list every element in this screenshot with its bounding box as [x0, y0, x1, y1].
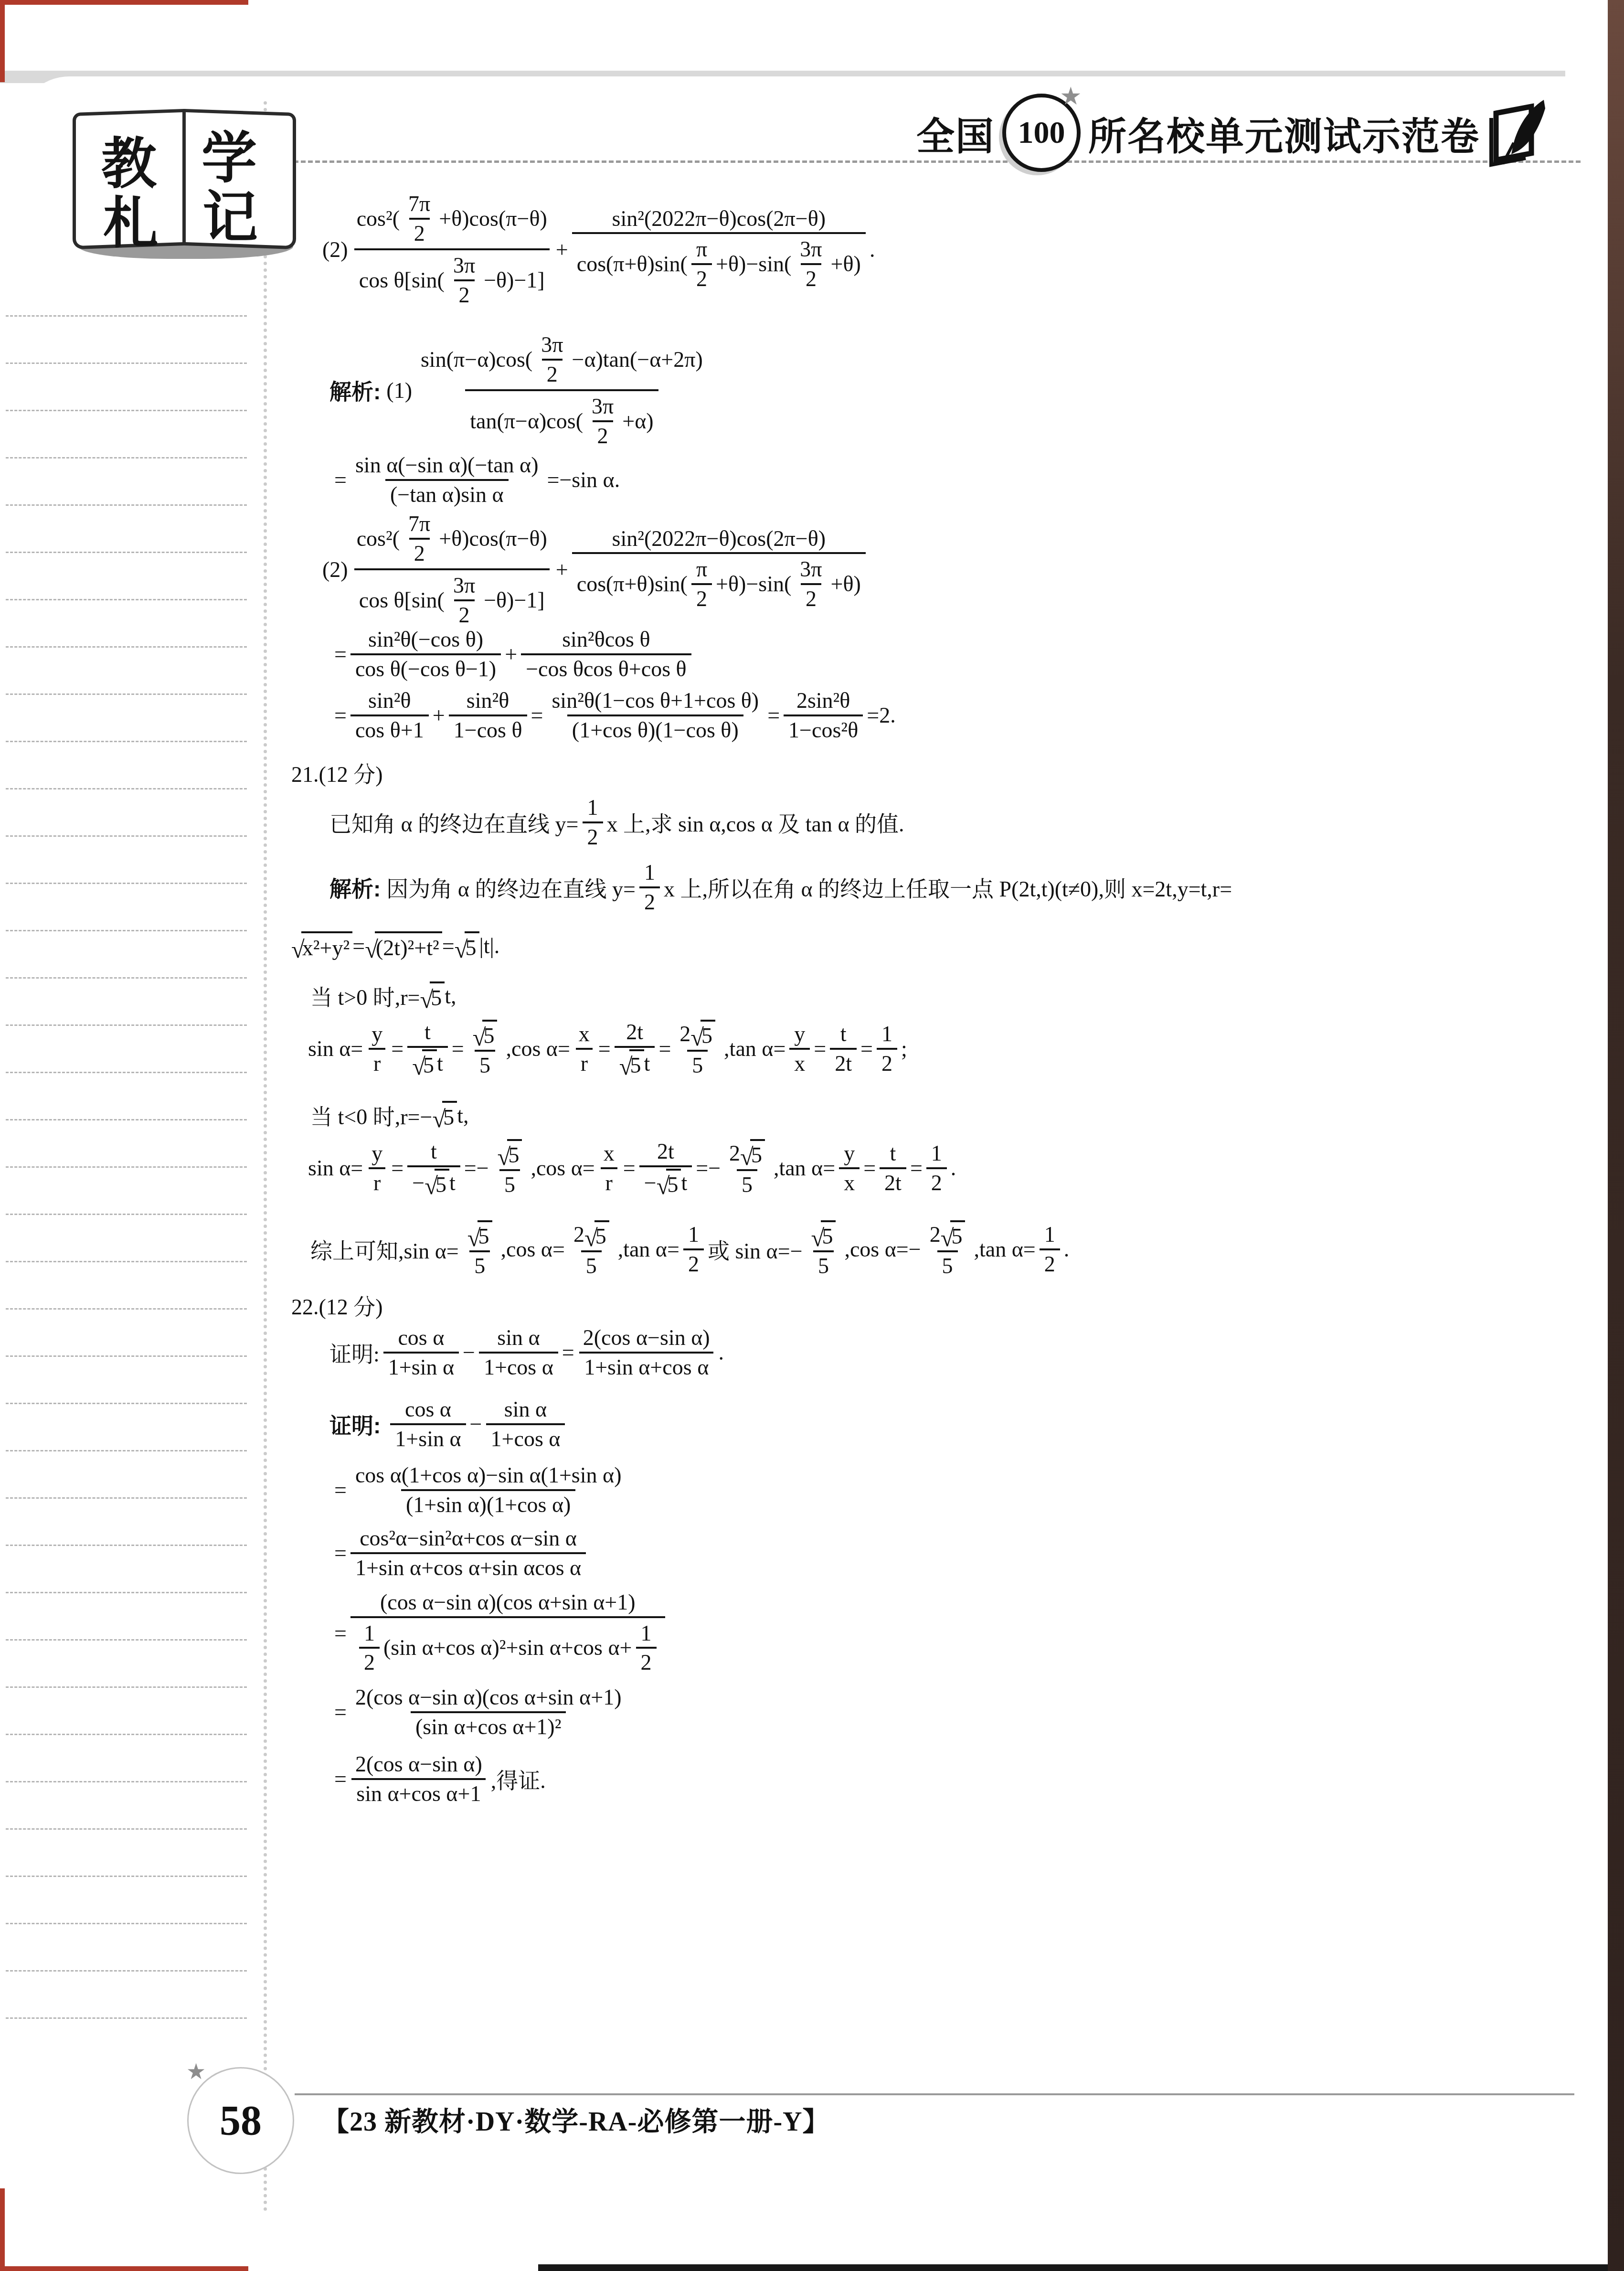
- math-text: sin²θ(−cos θ): [368, 627, 483, 652]
- fraction: sin(π−α)cos(3π2−α)tan(−α+2π)tan(π−α)cos(…: [416, 330, 708, 451]
- math-text: =: [352, 933, 365, 959]
- math-text: 1: [931, 1141, 942, 1166]
- note-rule-line: [6, 1450, 247, 1451]
- solution-21-case1-values: sin α=yr=t√5t=√55,cos α=xr=2t√5t=2√55,ta…: [308, 1018, 907, 1079]
- fraction: sin²(2022π−θ)cos(2π−θ)cos(π+θ)sin(π2+θ)−…: [572, 525, 866, 614]
- math-text: sin α: [504, 1397, 547, 1422]
- math-text: t: [449, 1171, 456, 1195]
- math-text: −: [463, 1340, 475, 1365]
- note-rule-line: [6, 788, 247, 789]
- badge-100: 100 ★: [1002, 94, 1081, 172]
- note-rule-line: [6, 1497, 247, 1499]
- math-text: 2: [696, 267, 707, 291]
- math-text: 当 t<0 时,r=−: [310, 1099, 432, 1131]
- book-edge-bottom: [538, 2264, 1608, 2271]
- fraction: 12: [1040, 1221, 1060, 1278]
- math-text: 5: [479, 1053, 490, 1078]
- fraction: √55: [463, 1219, 497, 1279]
- math-text: 2: [806, 586, 817, 611]
- solution-21-conclusion: 综上可知,sin α=√55,cos α=2√55,tan α=12或 sin …: [310, 1219, 1069, 1279]
- fraction: 2√55: [675, 1018, 720, 1079]
- sqrt-radical: √5: [467, 1220, 492, 1249]
- teaching-notes-logo: 教 学 札 记: [72, 106, 296, 249]
- fraction: 2√55: [925, 1219, 970, 1279]
- fraction: yr: [367, 1020, 387, 1077]
- solution-21-line2: √x²+y²=√(2t)²+t²=√5|t|.: [291, 931, 499, 960]
- math-text: cos θ[sin(: [359, 588, 445, 613]
- math-text: 3π: [800, 237, 822, 262]
- solution-21-case2: 当 t<0 时,r=−√5t,: [310, 1099, 469, 1131]
- math-text: 因为角 α 的终边在直线 y=: [386, 872, 636, 903]
- math-text: x 上,求 sin α,cos α 及 tan α 的值.: [607, 807, 904, 838]
- math-text: 5: [742, 1173, 753, 1197]
- sqrt-radical: √5: [455, 931, 479, 960]
- math-text: +α): [622, 409, 653, 434]
- solution-21-case2-values: sin α=yr=t−√5t=−√55,cos α=xr=2t−√5t=−2√5…: [308, 1138, 956, 1198]
- note-rule-line: [6, 1072, 247, 1073]
- math-text: cos θ+1: [355, 718, 424, 743]
- math-text: 1+sin α: [388, 1355, 454, 1380]
- fraction: 2(cos α−sin α)(cos α+sin α+1)(sin α+cos …: [350, 1684, 626, 1740]
- math-text: +: [556, 557, 568, 582]
- math-text: 1: [644, 860, 655, 885]
- math-text: 7π: [408, 512, 430, 536]
- math-text: t: [890, 1141, 896, 1166]
- solution-20-part2-restate: (2)cos²(7π2+θ)cos(π−θ)cos θ[sin(3π2−θ)−1…: [322, 509, 870, 630]
- math-text: 3π: [541, 332, 563, 357]
- math-text: 1+cos α: [484, 1355, 553, 1380]
- math-text: 1: [587, 795, 598, 820]
- math-text: t,: [457, 1103, 468, 1128]
- problem-22-statement: 证明:cos α1+sin α−sin α1+cos α=2(cos α−sin…: [329, 1324, 724, 1381]
- fraction: 3π2: [448, 572, 480, 629]
- solution-21-case1: 当 t>0 时,r=√5t,: [310, 980, 456, 1012]
- math-text: ,cos α=: [531, 1155, 594, 1181]
- math-text: 2: [806, 267, 817, 291]
- math-text: r: [373, 1051, 381, 1076]
- fraction: 12: [583, 794, 603, 851]
- math-text: 2: [1044, 1252, 1055, 1277]
- math-text: =: [334, 641, 347, 667]
- page-star-icon: ★: [186, 2058, 206, 2084]
- math-text: =: [910, 1155, 923, 1181]
- math-text: −θ)−1]: [484, 588, 545, 613]
- math-text: 21.(12 分): [291, 757, 383, 789]
- math-text: 3π: [453, 573, 475, 598]
- margin-divider-dotted-line: [264, 101, 267, 2212]
- fraction: 12: [359, 1620, 380, 1676]
- math-text: 2: [547, 362, 558, 387]
- math-text: (1): [386, 378, 412, 403]
- note-rule-line: [6, 1781, 247, 1782]
- quill-logo-icon: [1487, 97, 1552, 169]
- math-text: +θ)cos(π−θ): [439, 526, 547, 551]
- math-text: =: [623, 1155, 636, 1181]
- math-text: +: [505, 641, 517, 667]
- math-text: +θ)−sin(: [716, 252, 791, 277]
- fraction: sin²θcos θ−cos θcos θ+cos θ: [521, 626, 691, 682]
- math-text: =: [658, 1036, 671, 1061]
- fraction: sin α(−sin α)(−tan α)(−tan α)sin α: [350, 451, 543, 508]
- fraction: 3π2: [587, 393, 618, 449]
- fraction: cos²α−sin²α+cos α−sin α1+sin α+cos α+sin…: [350, 1525, 586, 1581]
- problem-21-number: 21.(12 分): [291, 757, 383, 789]
- footer-rule: [295, 2093, 1574, 2095]
- math-text: 2t: [835, 1051, 852, 1076]
- math-text: −α)tan(−α+2π): [572, 347, 702, 372]
- math-text: +θ)cos(π−θ): [439, 206, 547, 231]
- math-text: =−: [464, 1155, 489, 1181]
- math-text: x: [604, 1141, 615, 1166]
- math-text: .: [870, 237, 875, 262]
- math-text: 3π: [453, 253, 475, 278]
- math-text: 或 sin α=−: [708, 1234, 803, 1265]
- solution-22-line5: =2(cos α−sin α)(cos α+sin α+1)(sin α+cos…: [334, 1684, 630, 1740]
- sqrt-radical: √5: [425, 1169, 449, 1197]
- math-text: y: [372, 1022, 382, 1046]
- bold-label: 解析:: [329, 374, 381, 406]
- note-rule-line: [6, 599, 247, 600]
- solution-22-line4: =(cos α−sin α)(cos α+sin α+1)12(sin α+co…: [334, 1589, 669, 1678]
- fraction: cos α(1+cos α)−sin α(1+sin α)(1+sin α)(1…: [350, 1461, 626, 1518]
- fraction: 3π2: [448, 252, 480, 309]
- fraction: t2t: [880, 1140, 906, 1196]
- solution-20-part1: 解析:(1)sin(π−α)cos(3π2−α)tan(−α+2π)tan(π−…: [329, 330, 711, 451]
- sqrt-radical: √5: [420, 981, 445, 1011]
- math-text: 5: [474, 1254, 485, 1279]
- math-text: =: [452, 1036, 464, 1061]
- math-text: =: [442, 933, 455, 959]
- fraction: 2√55: [569, 1219, 614, 1279]
- note-rule-line: [6, 930, 247, 931]
- note-rule-line: [6, 883, 247, 884]
- fraction: √55: [468, 1018, 502, 1079]
- solution-21-line1: 解析:因为角 α 的终边在直线 y=12x 上,所以在角 α 的终边上任取一点 …: [329, 859, 1232, 916]
- math-text: |t|.: [479, 933, 500, 959]
- math-text: 2: [414, 541, 425, 566]
- math-text: 1: [364, 1621, 375, 1646]
- page-number-badge: 58: [187, 2067, 294, 2174]
- math-text: sin α(−sin α)(−tan α): [355, 453, 539, 478]
- math-text: .: [719, 1340, 724, 1365]
- math-text: =: [767, 703, 780, 728]
- cover-edge-bottom-left: [0, 2188, 5, 2271]
- fraction: t√5t: [407, 1018, 448, 1079]
- math-text: cos(π+θ)sin(: [577, 252, 688, 277]
- fraction: yx: [839, 1140, 860, 1196]
- note-rule-line: [6, 1166, 247, 1168]
- math-text: sin α: [497, 1325, 540, 1350]
- sqrt-radical: √5: [740, 1139, 765, 1168]
- math-text: =−: [696, 1155, 721, 1181]
- math-text: 2: [414, 221, 425, 246]
- math-text: 2: [459, 603, 470, 628]
- fraction: t2t: [830, 1020, 857, 1077]
- note-rule-line: [6, 1545, 247, 1546]
- note-rule-line: [6, 2017, 247, 2019]
- math-text: 5: [692, 1053, 703, 1078]
- math-text: 2t: [626, 1020, 643, 1045]
- math-text: sin²θ: [467, 688, 509, 713]
- math-text: (2): [322, 557, 348, 582]
- math-text: (cos α−sin α)(cos α+sin α+1): [380, 1590, 636, 1615]
- math-text: x 上,所以在角 α 的终边上任取一点 P(2t,t)(t≠0),则 x=2t,…: [664, 872, 1232, 903]
- math-text: t,: [445, 983, 456, 1009]
- note-rule-line: [6, 1639, 247, 1641]
- fraction: cos α1+sin α: [390, 1396, 466, 1452]
- note-rule-line: [6, 1686, 247, 1688]
- fraction: sin²θ(1−cos θ+1+cos θ)(1+cos θ)(1−cos θ): [547, 687, 764, 744]
- note-rule-line: [6, 363, 247, 364]
- math-text: 2: [696, 586, 707, 611]
- math-text: 5: [586, 1254, 597, 1279]
- math-text: cos α(1+cos α)−sin α(1+sin α): [355, 1463, 622, 1488]
- note-rule-line: [6, 741, 247, 742]
- math-text: t: [644, 1051, 650, 1076]
- math-text: +: [433, 703, 445, 728]
- math-text: =−sin α.: [547, 467, 620, 492]
- math-text: (sin α+cos α+1)²: [415, 1715, 562, 1739]
- math-text: 综上可知,sin α=: [310, 1234, 459, 1265]
- note-rule-line: [6, 693, 247, 695]
- fraction: 7π2: [403, 190, 435, 247]
- note-rule-line: [6, 977, 247, 979]
- math-text: 2(cos α−sin α)(cos α+sin α+1): [355, 1685, 622, 1710]
- solution-22-line2: =cos α(1+cos α)−sin α(1+sin α)(1+sin α)(…: [334, 1461, 630, 1518]
- math-text: =: [334, 1540, 347, 1566]
- logo-char: 札: [103, 179, 159, 258]
- cover-edge-top: [0, 0, 248, 5]
- solution-22-line3: =cos²α−sin²α+cos α−sin α1+sin α+cos α+si…: [334, 1525, 590, 1581]
- fraction: sin α1+cos α: [479, 1324, 558, 1381]
- math-text: .: [1064, 1237, 1070, 1262]
- note-rule-line: [6, 1355, 247, 1357]
- math-text: 已知角 α 的终边在直线 y=: [329, 807, 579, 838]
- sqrt-radical: √5: [412, 1049, 437, 1078]
- sqrt-radical: √5: [941, 1220, 966, 1249]
- fraction: sin²θ1−cos θ: [449, 687, 527, 744]
- math-text: 1−cos θ: [454, 718, 522, 743]
- math-text: t: [840, 1022, 847, 1046]
- math-text: cos²(: [357, 206, 400, 231]
- math-text: 1: [688, 1222, 699, 1247]
- math-text: cos(π+θ)sin(: [577, 572, 688, 597]
- math-text: 1+sin α: [395, 1427, 461, 1451]
- note-rule-line: [6, 1261, 247, 1262]
- fraction: 2√55: [724, 1138, 770, 1198]
- fraction: π2: [691, 555, 712, 612]
- fraction: cos²(7π2+θ)cos(π−θ)cos θ[sin(3π2−θ)−1]: [352, 509, 552, 630]
- fraction: cos α1+sin α: [383, 1324, 459, 1381]
- math-text: r: [373, 1171, 381, 1195]
- math-text: 1+sin α+cos α: [584, 1355, 709, 1380]
- math-text: +θ)−sin(: [716, 572, 791, 597]
- solution-22-line1: 证明:cos α1+sin α−sin α1+cos α: [329, 1396, 569, 1452]
- math-text: 5: [504, 1173, 515, 1197]
- math-text: −: [412, 1171, 425, 1195]
- badge-star-icon: ★: [1061, 83, 1081, 109]
- page-number: 58: [220, 2097, 262, 2145]
- fraction: 12: [926, 1140, 947, 1196]
- book-edge-right: [1608, 0, 1624, 2271]
- math-text: 2t: [657, 1139, 674, 1164]
- math-text: 2: [881, 1051, 892, 1076]
- note-rule-line: [6, 504, 247, 506]
- fraction: π2: [691, 235, 712, 292]
- note-rule-line: [6, 1024, 247, 1026]
- math-text: 2: [364, 1650, 375, 1675]
- math-text: =: [860, 1036, 873, 1061]
- fraction: 2(cos α−sin α)1+sin α+cos α: [578, 1324, 715, 1381]
- math-text: ,cos α=−: [844, 1237, 921, 1262]
- fraction: (cos α−sin α)(cos α+sin α+1)12(sin α+cos…: [350, 1589, 665, 1678]
- math-text: .: [951, 1155, 956, 1181]
- math-text: 2: [729, 1141, 740, 1166]
- math-text: 2: [930, 1222, 941, 1247]
- math-text: x: [794, 1051, 805, 1076]
- math-text: r: [605, 1171, 613, 1195]
- math-text: =: [562, 1340, 574, 1365]
- fraction: 12: [639, 859, 660, 916]
- cover-edge-bottom: [0, 2266, 248, 2271]
- header-banner: 全国 100 ★ 所名校单元测试示范卷: [916, 94, 1552, 172]
- math-text: =: [334, 1621, 347, 1646]
- math-text: 2: [587, 825, 598, 850]
- fraction: 12: [636, 1620, 657, 1676]
- fraction: xr: [574, 1020, 594, 1077]
- math-text: (1+sin α)(1+cos α): [406, 1493, 571, 1517]
- bold-label: 证明:: [329, 1408, 381, 1440]
- note-rule-line: [6, 457, 247, 458]
- problem-20-part2: (2)cos²(7π2+θ)cos(π−θ)cos θ[sin(3π2−θ)−1…: [322, 189, 875, 310]
- fraction: sin²θcos θ+1: [350, 687, 429, 744]
- fraction: yx: [789, 1020, 810, 1077]
- math-text: =: [334, 1766, 347, 1791]
- math-text: cos θ(−cos θ−1): [355, 657, 496, 682]
- math-text: π: [696, 237, 707, 262]
- fraction: 2(cos α−sin α)sin α+cos α+1: [350, 1750, 487, 1807]
- math-text: sin²(2022π−θ)cos(2π−θ): [612, 206, 826, 231]
- math-text: ,cos α=: [506, 1036, 570, 1061]
- math-text: 1+sin α+cos α+sin αcos α: [355, 1556, 581, 1580]
- math-text: sin α=: [308, 1155, 363, 1181]
- math-text: y: [794, 1022, 805, 1046]
- math-text: =: [334, 467, 347, 492]
- math-text: 2: [688, 1252, 699, 1277]
- math-text: 1: [881, 1022, 892, 1046]
- math-text: 2t: [884, 1171, 902, 1195]
- math-text: −cos θcos θ+cos θ: [526, 657, 686, 682]
- math-text: tan(π−α)cos(: [470, 409, 583, 434]
- math-text: sin²θ: [368, 688, 411, 713]
- math-text: x: [579, 1022, 590, 1046]
- math-text: t: [425, 1020, 431, 1045]
- math-text: ,tan α=: [724, 1036, 785, 1061]
- note-rule-line: [6, 1970, 247, 1972]
- math-text: 2: [573, 1222, 584, 1247]
- fraction: 3π2: [536, 331, 568, 388]
- math-text: =: [391, 1036, 403, 1061]
- math-text: −θ)−1]: [484, 268, 545, 293]
- sqrt-radical: √(2t)²+t²: [365, 931, 442, 960]
- math-text: 3π: [592, 394, 614, 419]
- fraction: yr: [367, 1140, 387, 1196]
- math-text: 1: [1044, 1222, 1055, 1247]
- fraction: cos²(7π2+θ)cos(π−θ)cos θ[sin(3π2−θ)−1]: [352, 189, 552, 310]
- math-text: 5: [942, 1254, 953, 1279]
- math-text: 2(cos α−sin α): [355, 1752, 482, 1777]
- math-text: 22.(12 分): [291, 1290, 383, 1321]
- sqrt-radical: √5: [584, 1220, 609, 1249]
- sqrt-radical: √5: [657, 1169, 681, 1197]
- sqrt-radical: √5: [619, 1049, 644, 1078]
- sqrt-radical: √5: [432, 1101, 457, 1130]
- math-text: 1: [641, 1621, 652, 1646]
- problem-21-statement: 已知角 α 的终边在直线 y=12x 上,求 sin α,cos α 及 tan…: [329, 794, 904, 851]
- math-text: −: [470, 1411, 482, 1437]
- fraction: t−√5t: [407, 1138, 460, 1198]
- math-text: 2(cos α−sin α): [583, 1325, 710, 1350]
- sqrt-radical: √5: [690, 1020, 715, 1048]
- math-text: x: [844, 1171, 855, 1195]
- note-rule-line: [6, 1592, 247, 1593]
- fraction: sin²θ(−cos θ)cos θ(−cos θ−1): [350, 626, 501, 682]
- math-text: 1+cos α: [491, 1427, 561, 1451]
- note-rule-line: [6, 1214, 247, 1215]
- math-text: cos α: [398, 1325, 444, 1350]
- math-text: sin α=: [308, 1036, 363, 1061]
- solution-20-part1-result: =sin α(−sin α)(−tan α)(−tan α)sin α=−sin…: [334, 451, 620, 508]
- note-rule-line: [6, 315, 247, 317]
- footer-imprint: 【23 新教材·DY·数学-RA-必修第一册-Y】: [322, 2100, 830, 2139]
- note-rule-line: [6, 1828, 247, 1830]
- fraction: 2t−√5t: [639, 1138, 692, 1198]
- fraction: 12: [683, 1221, 704, 1278]
- math-text: +: [556, 237, 568, 262]
- note-rule-line: [6, 646, 247, 648]
- math-text: cos²α−sin²α+cos α−sin α: [360, 1526, 577, 1551]
- math-text: 2: [679, 1022, 690, 1046]
- math-text: =2.: [867, 703, 895, 728]
- math-text: π: [696, 557, 707, 582]
- fraction: 3π2: [795, 235, 827, 292]
- math-text: =: [814, 1036, 826, 1061]
- fraction: sin α1+cos α: [486, 1396, 565, 1452]
- math-text: (2): [322, 237, 348, 262]
- note-rule-line: [6, 1734, 247, 1735]
- math-text: =: [598, 1036, 611, 1061]
- math-text: 7π: [408, 192, 430, 216]
- fraction: 3π2: [795, 555, 827, 612]
- math-text: ,tan α=: [618, 1237, 679, 1262]
- math-text: =: [334, 703, 347, 728]
- fraction: xr: [599, 1140, 619, 1196]
- math-text: sin(π−α)cos(: [421, 347, 532, 372]
- fraction: √55: [493, 1138, 527, 1198]
- solution-20-step2: =sin²θcos θ+1+sin²θ1−cos θ=sin²θ(1−cos θ…: [334, 687, 896, 744]
- note-rule-line: [6, 1923, 247, 1924]
- math-text: 当 t>0 时,r=: [310, 980, 420, 1012]
- badge-100-number: 100: [1018, 115, 1065, 151]
- note-rule-line: [6, 1119, 247, 1120]
- math-text: ,cos α=: [501, 1237, 565, 1262]
- math-text: 1−cos²θ: [788, 718, 858, 743]
- sqrt-radical: √5: [811, 1220, 836, 1249]
- math-text: sin²θcos θ: [562, 627, 650, 652]
- math-text: 3π: [800, 557, 822, 582]
- math-text: 5: [818, 1254, 829, 1279]
- sqrt-radical: √x²+y²: [291, 931, 352, 960]
